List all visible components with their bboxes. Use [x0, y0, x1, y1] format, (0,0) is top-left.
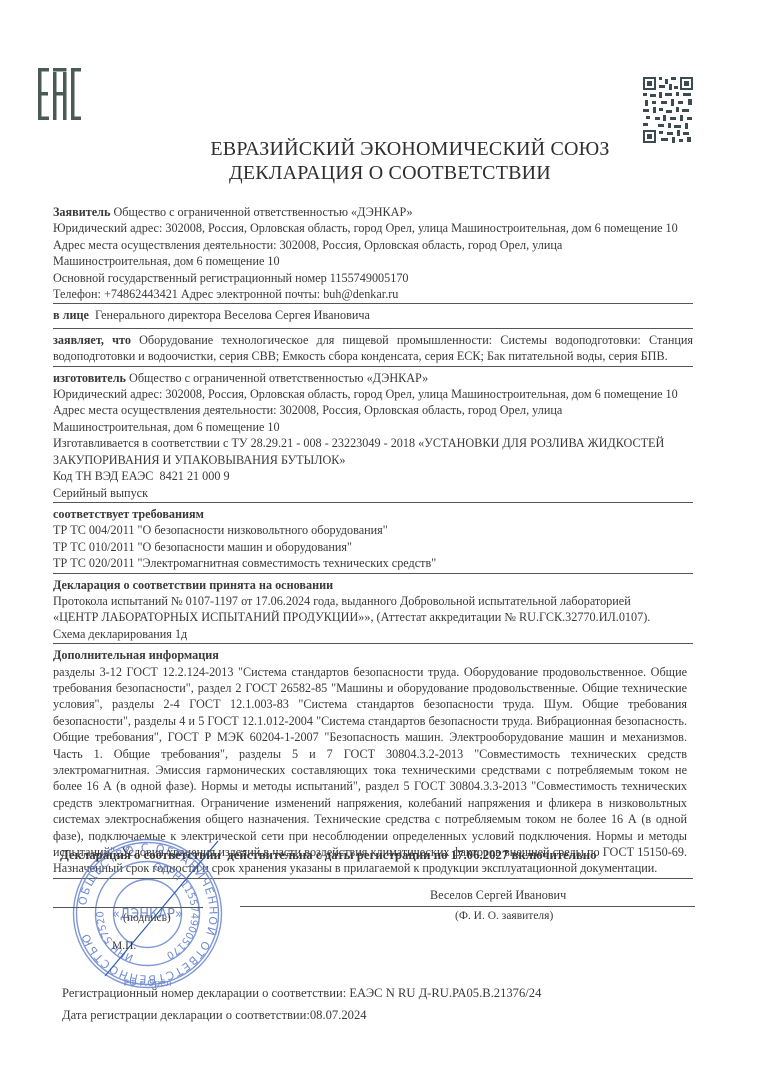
seal-caption: М.П. [112, 940, 136, 952]
applicant-section: Заявитель Общество с ограниченной ответс… [53, 204, 693, 304]
tn-ved-code: Код ТН ВЭД ЕАЭС 8421 21 000 9 [53, 468, 693, 484]
basis-label: Декларация о соответствии принята на осн… [53, 577, 693, 593]
declaration-scheme: Схема декларирования 1д [53, 626, 693, 642]
requirement-item: ТР ТС 010/2011 "О безопасности машин и о… [53, 539, 693, 555]
basis-laboratory: «ЦЕНТР ЛАБОРАТОРНЫХ ИСПЫТАНИЙ ПРОДУКЦИИ»… [53, 609, 693, 625]
requirement-item: ТР ТС 020/2011 "Электромагнитная совмест… [53, 555, 693, 571]
applicant-name: Общество с ограниченной ответственностью… [110, 205, 412, 219]
additional-info-label: Дополнительная информация [53, 647, 693, 663]
requirements-section: соответствует требованиям ТР ТС 004/2011… [53, 506, 693, 574]
basis-section: Декларация о соответствии принята на осн… [53, 577, 693, 645]
applicant-ogrn: Основной государственный регистрационный… [53, 270, 693, 286]
requirement-item: ТР ТС 004/2011 "О безопасности низковоль… [53, 522, 693, 538]
declares-value: Оборудование технологическое для пищевой… [53, 333, 693, 363]
basis-protocol: Протокола испытаний № 0107-1197 от 17.06… [53, 593, 693, 609]
applicant-full-name: Веселов Сергей Иванович [430, 888, 566, 903]
applicant-activity-address-2: Машиностроительная, дом 6 помещение 10 [53, 253, 693, 269]
validity-statement: Декларация о соответствии действительна … [60, 848, 597, 863]
manufacturer-spec-1: Изготавливается в соответствии с ТУ 28.2… [53, 435, 693, 451]
manufacturer-section: изготовитель Общество с ограниченной отв… [53, 370, 693, 503]
name-caption: (Ф. И. О. заявителя) [455, 910, 553, 922]
document-title: ДЕКЛАРАЦИЯ О СООТВЕТСТВИИ [0, 162, 780, 185]
manufacturer-spec-2: ЗАКУПОРИВАНИЯ И УПАКОВЫВАНИЯ БУТЫЛОК» [53, 452, 693, 468]
manufacturer-activity-address-1: Адрес места осуществления деятельности: … [53, 402, 693, 418]
manufacturer-label: изготовитель [53, 371, 126, 385]
declares-section: заявляет, что Оборудование технологическ… [53, 332, 693, 367]
applicant-activity-address-1: Адрес места осуществления деятельности: … [53, 237, 693, 253]
manufacturer-activity-address-2: Машиностроительная, дом 6 помещение 10 [53, 419, 693, 435]
eac-logo-icon [38, 68, 82, 120]
manufacturer-name: Общество с ограниченной ответственностью… [126, 371, 428, 385]
represented-by-label: в лице [53, 308, 89, 322]
registration-date: Дата регистрации декларации о соответств… [62, 1008, 367, 1023]
represented-by-section: в лице Генерального директора Веселова С… [53, 307, 693, 328]
applicant-contacts: Телефон: +74862443421 Адрес электронной … [53, 286, 693, 302]
requirements-label: соответствует требованиям [53, 506, 693, 522]
signature-caption: (подпись) [123, 912, 171, 924]
union-title: ЕВРАЗИЙСКИЙ ЭКОНОМИЧЕСКИЙ СОЮЗ [20, 138, 780, 161]
applicant-label: Заявитель [53, 205, 110, 219]
qr-code-icon [643, 77, 693, 143]
name-line [240, 906, 695, 907]
manufacturer-legal-address: Юридический адрес: 302008, Россия, Орлов… [53, 386, 693, 402]
represented-by-value: Генерального директора Веселова Сергея И… [89, 308, 370, 322]
signature-line [53, 907, 203, 908]
declares-label: заявляет, что [53, 333, 131, 347]
applicant-legal-address: Юридический адрес: 302008, Россия, Орлов… [53, 220, 693, 236]
release-type: Серийный выпуск [53, 485, 693, 501]
registration-number: Регистрационный номер декларации о соотв… [62, 986, 541, 1001]
declaration-body: Заявитель Общество с ограниченной ответс… [53, 204, 693, 882]
